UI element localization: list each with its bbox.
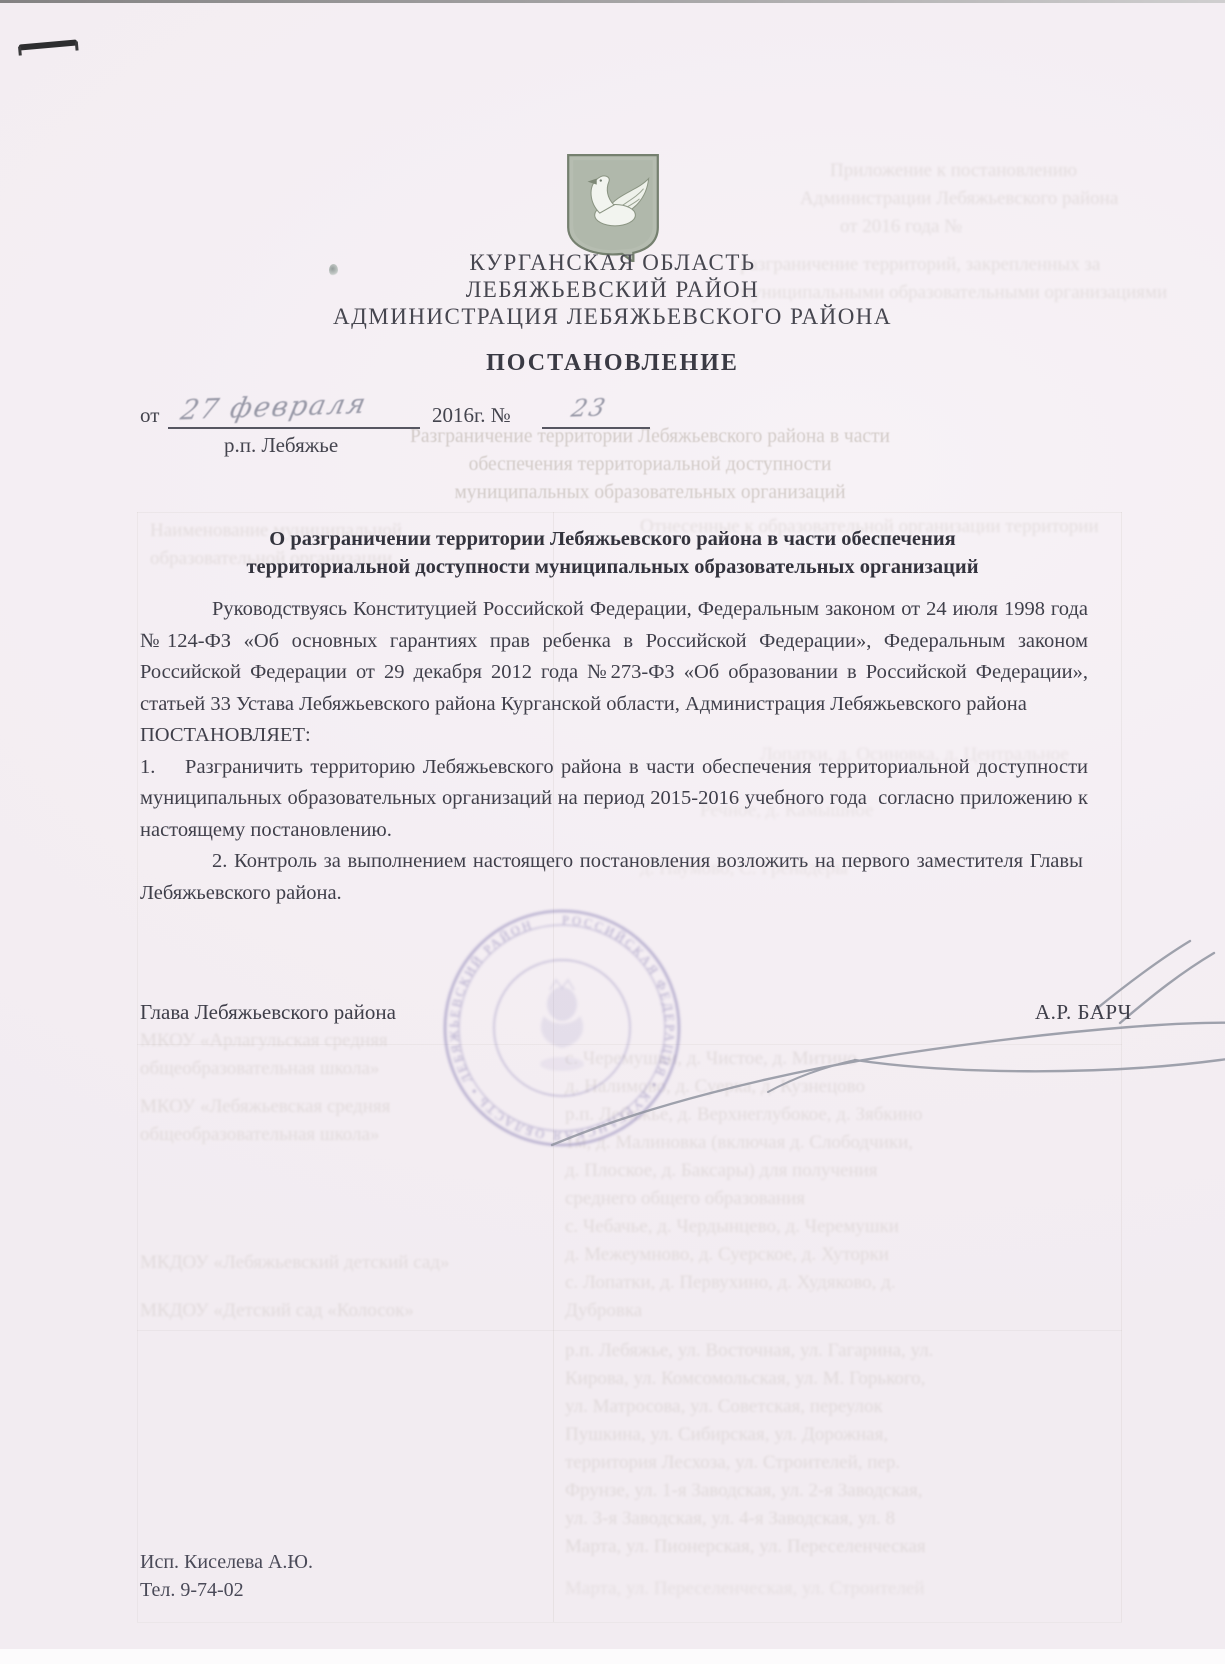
region-name: КУРГАНСКАЯ ОБЛАСТЬ: [0, 250, 1225, 276]
scan-bottom-strip: [0, 1649, 1225, 1664]
scan-top-edge: [0, 0, 1225, 3]
bleedthrough-text: Администрации Лебяжьевского района: [800, 188, 1118, 210]
bleedthrough-text: Фрунзе, ул. 1-я Заводская, ул. 2-я Завод…: [565, 1480, 922, 1502]
bleedthrough-text: среднего общего образования: [565, 1188, 805, 1210]
executor-name: Исп. Киселева А.Ю.: [140, 1551, 313, 1574]
bleedthrough-text: общеобразовательная школа»: [140, 1124, 379, 1146]
year-number-label: 2016г. №: [432, 403, 511, 428]
document-body: Руководствуясь Конституцией Российской Ф…: [140, 594, 1088, 909]
handwritten-number: 23: [569, 393, 610, 422]
bleedthrough-text: Пушкина, ул. Сибирская, ул. Дорожная,: [565, 1424, 888, 1446]
bleedthrough-text: от 2016 года №: [840, 216, 962, 238]
district-name: ЛЕБЯЖЬЕВСКИЙ РАЙОН: [0, 277, 1225, 303]
signature-name: А.Р. БАРЧ: [1035, 1000, 1132, 1025]
bleedthrough-text: ул. 3-я Заводская, ул. 4-я Заводская, ул…: [565, 1508, 895, 1530]
bleedthrough-text: территория Лесхоза, ул. Строителей, пер.: [565, 1452, 900, 1474]
bleedthrough-text: МКОУ «Лебяжьевская средняя: [140, 1096, 390, 1118]
bleedthrough-text: д. Плоское, д. Баксары) для получения: [565, 1160, 878, 1182]
bleedthrough-text: с. Чебачье, д. Чердынцево, д. Черемушки: [565, 1216, 899, 1238]
date-fill-line: [168, 427, 420, 429]
document-title-line1: О разграничении территории Лебяжьевского…: [0, 528, 1225, 551]
bleedthrough-text: муниципальных образовательных организаци…: [300, 482, 1000, 504]
bleedthrough-text: МКДОУ «Детский сад «Колосок»: [140, 1300, 414, 1322]
place-name: р.п. Лебяжье: [224, 433, 338, 458]
bleedthrough-text: обеспечения территориальной доступности: [300, 454, 1000, 476]
resolution-item-1: 1. Разграничить территорию Лебяжьевского…: [140, 752, 1088, 847]
bleedthrough-text: общеобразовательная школа»: [140, 1058, 379, 1080]
resolves-label: ПОСТАНОВЛЯЕТ:: [140, 720, 1088, 752]
date-prefix-label: от: [140, 403, 159, 428]
bleedthrough-text: МКДОУ «Лебяжьевский детский сад»: [140, 1252, 450, 1274]
bleedthrough-text: д. Межеумново, д. Суерское, д. Хуторки: [565, 1244, 889, 1266]
ghost-table-line: [137, 1330, 1122, 1331]
scanned-document-page: { "document": { "region_line1": "КУРГАНС…: [0, 0, 1225, 1664]
bleedthrough-text: Кирова, ул. Комсомольская, ул. М. Горько…: [565, 1368, 925, 1390]
bleedthrough-text: р.п. Лебяжье, ул. Восточная, ул. Гагарин…: [565, 1340, 933, 1362]
ghost-table-line: [137, 512, 1122, 513]
bleedthrough-text: Разграничение территории Лебяжьевского р…: [300, 426, 1000, 448]
bleedthrough-text: Марта, ул. Пионерская, ул. Переселенческ…: [565, 1536, 926, 1558]
preamble-paragraph: Руководствуясь Конституцией Российской Ф…: [140, 594, 1088, 720]
bleedthrough-text: Дубровка: [565, 1300, 642, 1322]
bleedthrough-text: ул. Матросова, ул. Советская, переулок: [565, 1396, 883, 1418]
ghost-table-line: [137, 512, 138, 1622]
ghost-table-line: [137, 1622, 1122, 1623]
administration-name: АДМИНИСТРАЦИЯ ЛЕБЯЖЬЕВСКОГО РАЙОНА: [0, 304, 1225, 330]
staple-mark: [19, 39, 77, 50]
handwritten-date: 27 февраля: [178, 389, 370, 426]
handwritten-signature: [520, 928, 1225, 1163]
document-title-line2: территориальной доступности муниципальны…: [0, 556, 1225, 579]
bleedthrough-text: МКОУ «Арлагульская средняя: [140, 1030, 388, 1052]
signature-role: Глава Лебяжьевского района: [140, 1000, 396, 1025]
bleedthrough-text: с. Лопатки, д. Первухино, д. Худяково, д…: [565, 1272, 896, 1294]
document-type-heading: ПОСТАНОВЛЕНИЕ: [0, 350, 1225, 377]
bleedthrough-text: Марта, ул. Переселенческая, ул. Строител…: [565, 1578, 925, 1600]
swan-coat-of-arms-icon: [560, 150, 666, 262]
bleedthrough-text: Приложение к постановлению: [830, 160, 1077, 182]
executor-phone: Тел. 9-74-02: [140, 1579, 244, 1602]
number-fill-line: [542, 427, 650, 429]
